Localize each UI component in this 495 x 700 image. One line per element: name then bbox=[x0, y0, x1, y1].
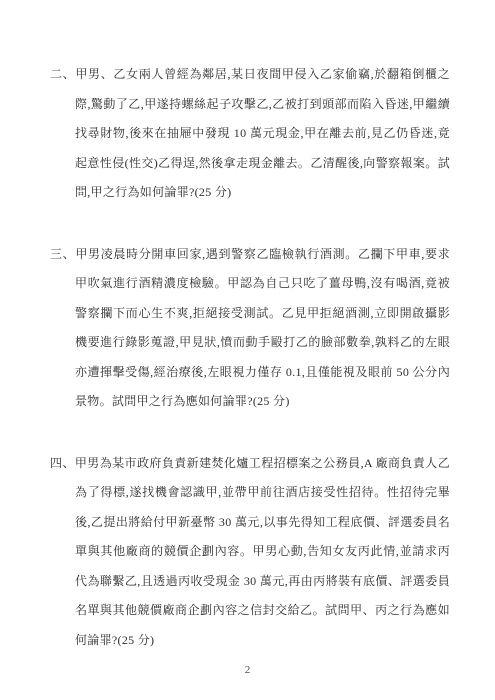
page-number: 2 bbox=[0, 664, 495, 676]
question-2-text: 甲男、乙女兩人曾經為鄰居,某日夜間甲侵入乙家偷竊,於翻箱倒櫃之際,驚動了乙,甲遂… bbox=[75, 67, 450, 199]
question-3: 三、甲男凌晨時分開車回家,遇到警察乙臨檢執行酒測。乙攔下甲車,要求甲吹氣進行酒精… bbox=[50, 240, 450, 417]
document-page: 二、甲男、乙女兩人曾經為鄰居,某日夜間甲侵入乙家偷竊,於翻箱倒櫃之際,驚動了乙,… bbox=[0, 0, 495, 700]
question-3-text: 甲男凌晨時分開車回家,遇到警察乙臨檢執行酒測。乙攔下甲車,要求甲吹氣進行酒精濃度… bbox=[75, 247, 450, 409]
question-2: 二、甲男、乙女兩人曾經為鄰居,某日夜間甲侵入乙家偷竊,於翻箱倒櫃之際,驚動了乙,… bbox=[50, 60, 450, 208]
exam-questions: 二、甲男、乙女兩人曾經為鄰居,某日夜間甲侵入乙家偷竊,於翻箱倒櫃之際,驚動了乙,… bbox=[0, 0, 495, 655]
question-4-label: 四、 bbox=[50, 456, 75, 470]
question-3-label: 三、 bbox=[50, 247, 75, 261]
question-4-text: 甲男為某市政府負責新建焚化爐工程招標案之公務員,A 廠商負責人乙為了得標,遂找機… bbox=[75, 456, 450, 647]
question-2-label: 二、 bbox=[50, 67, 75, 81]
question-4: 四、甲男為某市政府負責新建焚化爐工程招標案之公務員,A 廠商負責人乙為了得標,遂… bbox=[50, 449, 450, 656]
